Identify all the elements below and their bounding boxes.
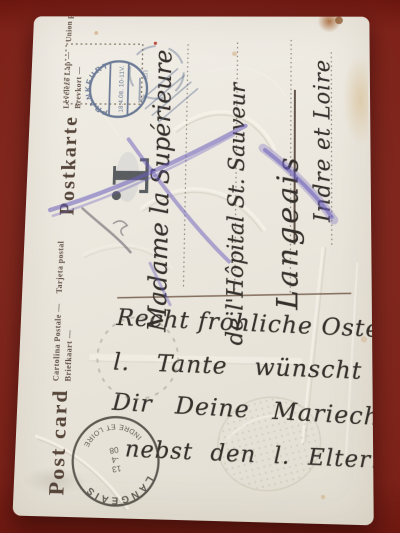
printed-postkarte: Postkarte	[55, 115, 83, 215]
address-rule-1	[183, 44, 188, 288]
message-line-4: nebst den l. Eltern.	[124, 436, 373, 475]
printed-post-card: Post card	[44, 388, 73, 496]
printed-levelezo: Levelező Lap —	[62, 51, 73, 108]
printed-briefkaart: Briefkaart —	[63, 303, 75, 381]
printed-cartolina: Cartolina Postale —	[51, 303, 63, 381]
printed-brevkort: Brevkort —	[73, 51, 84, 108]
address-line-town: Langeais	[270, 154, 305, 309]
postcard-back: Post card Cartolina Postale — Briefkaart…	[12, 16, 373, 525]
header-group-postkarte: Postkarte Levelező Lap — Brevkort — Unio…	[55, 16, 89, 215]
header-group-postcard: Post card Cartolina Postale — Briefkaart…	[44, 241, 78, 496]
postcard-photo: Post card Cartolina Postale — Briefkaart…	[0, 0, 400, 533]
printed-tarjeta: Tarjeta postal	[55, 241, 66, 294]
address-line-street: de l'Hôpital St. Sauveur	[223, 83, 251, 346]
address-line-recipient: Madame la Supérieure	[142, 49, 177, 331]
address-line-department: Indre et Loire	[311, 59, 336, 222]
printed-upu: Union postale Universelle.	[64, 16, 76, 42]
